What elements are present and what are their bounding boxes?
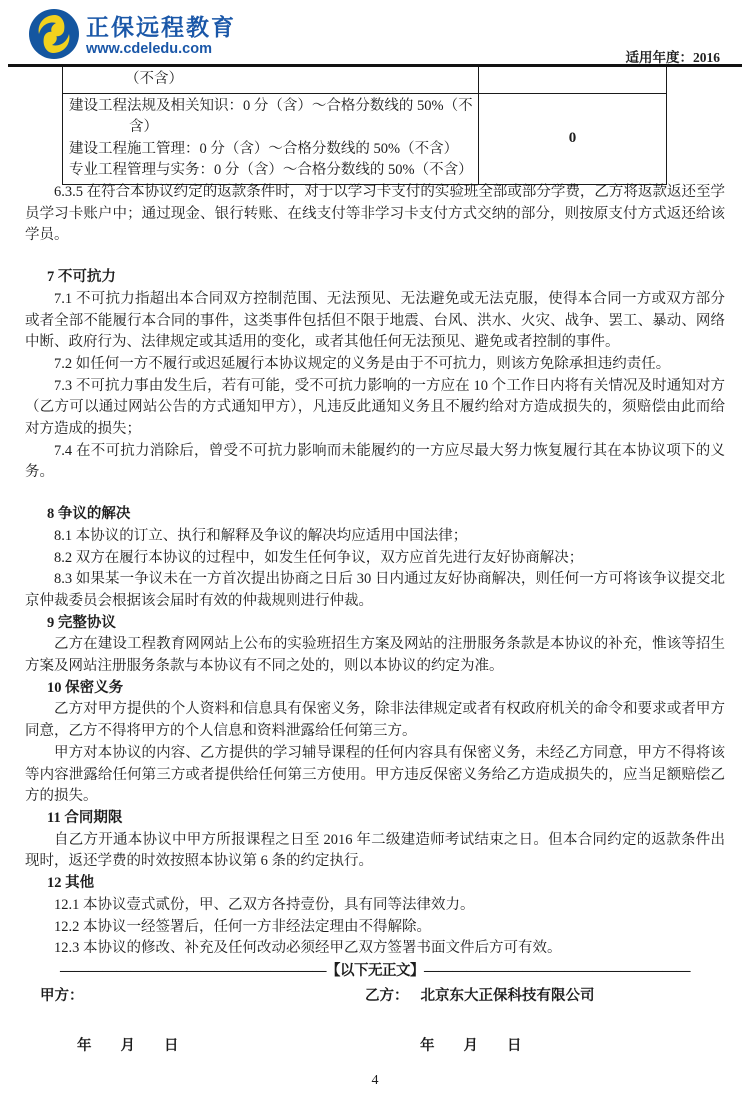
clause-6-3-5: 6.3.5 在符合本协议约定的返款条件时，对于以学习卡支付的实验班全部或部分学费… <box>25 182 725 247</box>
clause-7-3: 7.3 不可抗力事由发生后，若有可能，受不可抗力影响的一方应在 10 个工作日内… <box>25 376 725 441</box>
refund-score-table: （不含） 建设工程法规及相关知识：0 分（含）～合格分数线的 50%（不 含） … <box>62 67 667 185</box>
contract-page: 正保远程教育 www.cdeledu.com 适用年度：2016 （不含） 建设… <box>0 0 750 1103</box>
clause-8-2: 8.2 双方在履行本协议的过程中，如发生任何争议，双方应首先进行友好协商解决； <box>25 548 725 570</box>
date-row: 年 月 日 年 月 日 <box>25 1036 725 1060</box>
refund-amount-cell <box>479 67 666 93</box>
section-11-heading: 11 合同期限 <box>25 808 725 830</box>
signature-row: 甲方： 乙方：北京东大正保科技有限公司 <box>25 986 725 1012</box>
section-10-heading: 10 保密义务 <box>25 678 725 700</box>
clause-7-1: 7.1 不可抗力指超出本合同双方控制范围、无法预见、无法避免或无法克服，使得本合… <box>25 289 725 354</box>
refund-amount-cell: 0 <box>479 94 666 184</box>
brand-url: www.cdeledu.com <box>86 40 236 58</box>
party-b-date-line: 年 月 日 <box>420 1036 522 1058</box>
score-condition-cell: （不含） <box>63 67 479 93</box>
table-row: （不含） <box>63 67 666 93</box>
page-header: 正保远程教育 www.cdeledu.com 适用年度：2016 <box>28 8 722 64</box>
clause-9: 乙方在建设工程教育网网站上公布的实验班招生方案及网站的注册服务条款是本协议的补充… <box>25 634 725 677</box>
score-condition-line: 含） <box>69 117 474 139</box>
party-a-date-line: 年 月 日 <box>77 1036 179 1058</box>
brand-logo: 正保远程教育 www.cdeledu.com <box>28 8 236 60</box>
clause-8-1: 8.1 本协议的订立、执行和解释及争议的解决均应适用中国法律； <box>25 526 725 548</box>
score-condition-line: 专业工程管理与实务：0 分（含）～合格分数线的 50%（不含） <box>69 160 474 182</box>
section-9-heading: 9 完整协议 <box>25 613 725 635</box>
clause-10-b: 甲方对本协议的内容、乙方提供的学习辅导课程的任何内容具有保密义务，未经乙方同意，… <box>25 743 725 808</box>
brand-text-block: 正保远程教育 www.cdeledu.com <box>86 8 236 58</box>
clause-11: 自乙方开通本协议中甲方所报课程之日至 2016 年二级建造师考试结束之日。但本合… <box>25 830 725 873</box>
clause-10-a: 乙方对甲方提供的个人资料和信息具有保密义务，除非法律规定或者有权政府机关的命令和… <box>25 699 725 742</box>
brand-name: 正保远程教育 <box>86 14 236 40</box>
separator-dashes-right: ——————————————————— <box>424 963 690 979</box>
no-more-text-separator: ———————————————————【以下无正文】——————————————… <box>25 961 725 983</box>
party-a-label: 甲方： <box>40 986 84 1008</box>
score-condition-line: 建设工程施工管理：0 分（含）～合格分数线的 50%（不含） <box>69 139 474 161</box>
brand-logo-icon <box>28 8 80 60</box>
section-8-heading: 8 争议的解决 <box>25 504 725 526</box>
clause-8-3: 8.3 如果某一争议未在一方首次提出协商之日后 30 日内通过友好协商解决，则任… <box>25 569 725 612</box>
clause-12-2: 12.2 本协议一经签署后，任何一方非经法定理由不得解除。 <box>25 917 725 939</box>
party-b-label: 乙方： <box>365 988 409 1004</box>
section-12-heading: 12 其他 <box>25 873 725 895</box>
score-condition-line: 建设工程法规及相关知识：0 分（含）～合格分数线的 50%（不 <box>69 96 474 118</box>
page-number: 4 <box>0 1073 750 1089</box>
clause-7-2: 7.2 如任何一方不履行或迟延履行本协议规定的义务是由于不可抗力，则该方免除承担… <box>25 354 725 376</box>
clause-12-1: 12.1 本协议壹式贰份，甲、乙双方各持壹份，具有同等法律效力。 <box>25 895 725 917</box>
no-more-text-label: 【以下无正文】 <box>326 963 424 979</box>
applicable-year-label: 适用年度：2016 <box>626 46 721 66</box>
score-condition-line: （不含） <box>69 69 474 91</box>
party-b-block: 乙方：北京东大正保科技有限公司 <box>365 986 595 1008</box>
clause-7-4: 7.4 在不可抗力消除后，曾受不可抗力影响而未能履约的一方应尽最大努力恢复履行其… <box>25 441 725 484</box>
clause-12-3: 12.3 本协议的修改、补充及任何改动必须经甲乙双方签署书面文件后方可有效。 <box>25 938 725 960</box>
section-7-heading: 7 不可抗力 <box>25 267 725 289</box>
table-row: 建设工程法规及相关知识：0 分（含）～合格分数线的 50%（不 含） 建设工程施… <box>63 93 666 184</box>
party-b-name: 北京东大正保科技有限公司 <box>421 988 595 1004</box>
contract-body: 6.3.5 在符合本协议约定的返款条件时，对于以学习卡支付的实验班全部或部分学费… <box>25 182 725 1060</box>
separator-dashes-left: ——————————————————— <box>60 963 326 979</box>
score-condition-cell: 建设工程法规及相关知识：0 分（含）～合格分数线的 50%（不 含） 建设工程施… <box>63 94 479 184</box>
